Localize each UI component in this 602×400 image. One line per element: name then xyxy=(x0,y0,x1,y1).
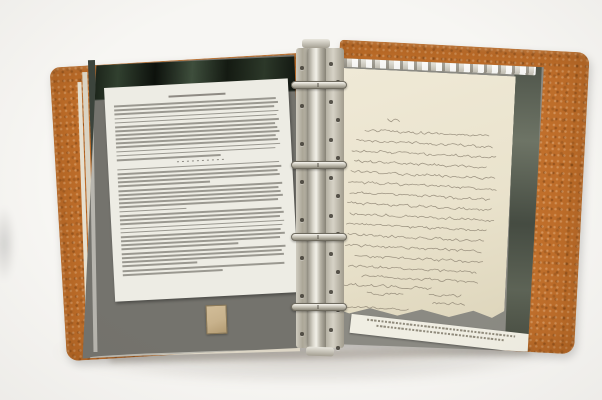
handwriting-line xyxy=(355,254,483,263)
left-plastic-sleeve xyxy=(78,50,308,360)
binder-ring xyxy=(291,303,347,311)
punch-hole xyxy=(329,138,333,142)
handwriting-line xyxy=(365,129,489,138)
handwriting-line xyxy=(356,139,492,148)
handwriting-line xyxy=(348,180,496,190)
handwriting-line xyxy=(362,275,478,284)
handwriting-line xyxy=(433,301,465,305)
punch-hole xyxy=(300,104,304,108)
handwriting-line xyxy=(352,149,496,159)
punch-hole xyxy=(329,62,333,66)
punch-hole xyxy=(336,118,340,122)
punch-hole xyxy=(329,328,333,332)
punch-hole xyxy=(300,332,304,336)
typed-paragraph xyxy=(120,207,289,250)
punch-hole xyxy=(300,256,304,260)
handwriting-line xyxy=(348,233,484,243)
punch-hole xyxy=(300,180,304,184)
spine-end-tab xyxy=(302,39,330,48)
binder-ring xyxy=(291,81,347,89)
typed-document-page xyxy=(104,78,299,301)
punch-hole xyxy=(300,66,304,70)
punch-hole xyxy=(300,142,304,146)
punch-hole xyxy=(336,194,340,198)
right-plastic-sleeve xyxy=(330,52,546,356)
stray-shadow xyxy=(0,205,16,283)
typed-divider xyxy=(177,158,224,162)
handwriting-line xyxy=(350,212,494,222)
photograph: Photograph of an open cognac-coloured pe… xyxy=(0,0,602,400)
handwriting-line xyxy=(429,293,461,297)
typed-title-line xyxy=(169,93,226,98)
ring-mechanism xyxy=(296,48,346,348)
handwriting-line xyxy=(345,243,481,253)
handwriting-line xyxy=(367,292,403,297)
typed-paragraph xyxy=(114,97,284,161)
punch-hole xyxy=(329,252,333,256)
punch-hole xyxy=(300,294,304,298)
handwriting-line xyxy=(347,201,491,211)
handwritten-letter-page xyxy=(332,68,516,322)
typed-text-block xyxy=(114,97,290,276)
handwriting-line xyxy=(343,283,431,290)
binder-ring xyxy=(291,161,347,169)
handwriting-line xyxy=(346,223,486,233)
punch-hole xyxy=(336,156,340,160)
punch-hole xyxy=(329,176,333,180)
mounted-photograph xyxy=(206,305,228,335)
handwriting-line xyxy=(351,170,495,180)
handwriting-line xyxy=(350,191,490,201)
punch-hole xyxy=(300,218,304,222)
handwriting-line xyxy=(387,119,399,122)
punch-hole xyxy=(336,346,340,350)
handwriting-line xyxy=(340,305,408,311)
handwriting-line xyxy=(348,264,476,273)
punch-hole xyxy=(329,214,333,218)
handwriting xyxy=(332,68,516,322)
punch-hole xyxy=(336,270,340,274)
punch-hole xyxy=(329,290,333,294)
binder-ring xyxy=(291,233,347,241)
handwriting-line xyxy=(354,160,486,169)
punch-hole xyxy=(329,100,333,104)
spine-end-tab xyxy=(306,347,334,357)
